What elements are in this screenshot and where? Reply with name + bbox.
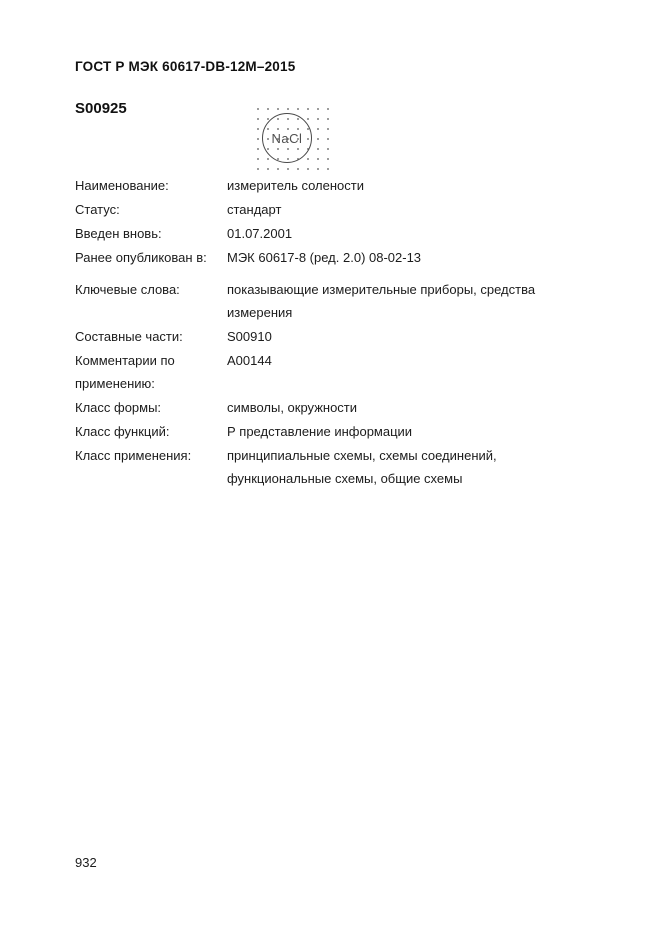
field-row: Введен вновь: 01.07.2001	[75, 222, 547, 245]
field-label: Комментарии по применению:	[75, 349, 227, 395]
attribute-list: Наименование: измеритель солености Стату…	[75, 174, 547, 491]
salinity-meter-symbol: NaCl	[262, 113, 312, 163]
field-row: Класс функций: Р представление информаци…	[75, 420, 547, 443]
field-row: Класс формы: символы, окружности	[75, 396, 547, 419]
field-label: Ключевые слова:	[75, 278, 227, 301]
field-value: 01.07.2001	[227, 222, 547, 245]
field-label: Составные части:	[75, 325, 227, 348]
symbol-drawing: NaCl	[252, 103, 334, 178]
field-row: Класс применения: принципиальные схемы, …	[75, 444, 547, 490]
field-value: показывающие измерительные приборы, сред…	[227, 278, 547, 324]
field-value: измеритель солености	[227, 174, 547, 197]
field-row: Ранее опубликован в: МЭК 60617-8 (ред. 2…	[75, 246, 547, 269]
symbol-id: S00925	[75, 99, 127, 118]
page-number: 932	[75, 851, 97, 874]
field-row: Составные части: S00910	[75, 325, 547, 348]
field-value: Р представление информации	[227, 420, 547, 443]
field-value: A00144	[227, 349, 547, 372]
field-value: S00910	[227, 325, 547, 348]
field-value: МЭК 60617-8 (ред. 2.0) 08-02-13	[227, 246, 547, 269]
field-row: Статус: стандарт	[75, 198, 547, 221]
field-value: стандарт	[227, 198, 547, 221]
field-row: Наименование: измеритель солености	[75, 174, 547, 197]
field-row: Ключевые слова: показывающие измерительн…	[75, 278, 547, 324]
field-row: Комментарии по применению: A00144	[75, 349, 547, 395]
standard-title: ГОСТ Р МЭК 60617-DB-12M–2015	[75, 58, 295, 75]
field-label: Статус:	[75, 198, 227, 221]
field-label: Класс формы:	[75, 396, 227, 419]
field-label: Наименование:	[75, 174, 227, 197]
field-label: Введен вновь:	[75, 222, 227, 245]
field-label: Класс функций:	[75, 420, 227, 443]
field-value: принципиальные схемы, схемы соединений, …	[227, 444, 547, 490]
field-value: символы, окружности	[227, 396, 547, 419]
field-label: Ранее опубликован в:	[75, 246, 227, 269]
document-page: ГОСТ Р МЭК 60617-DB-12M–2015 S00925 NaCl…	[0, 0, 661, 936]
field-label: Класс применения:	[75, 444, 227, 467]
